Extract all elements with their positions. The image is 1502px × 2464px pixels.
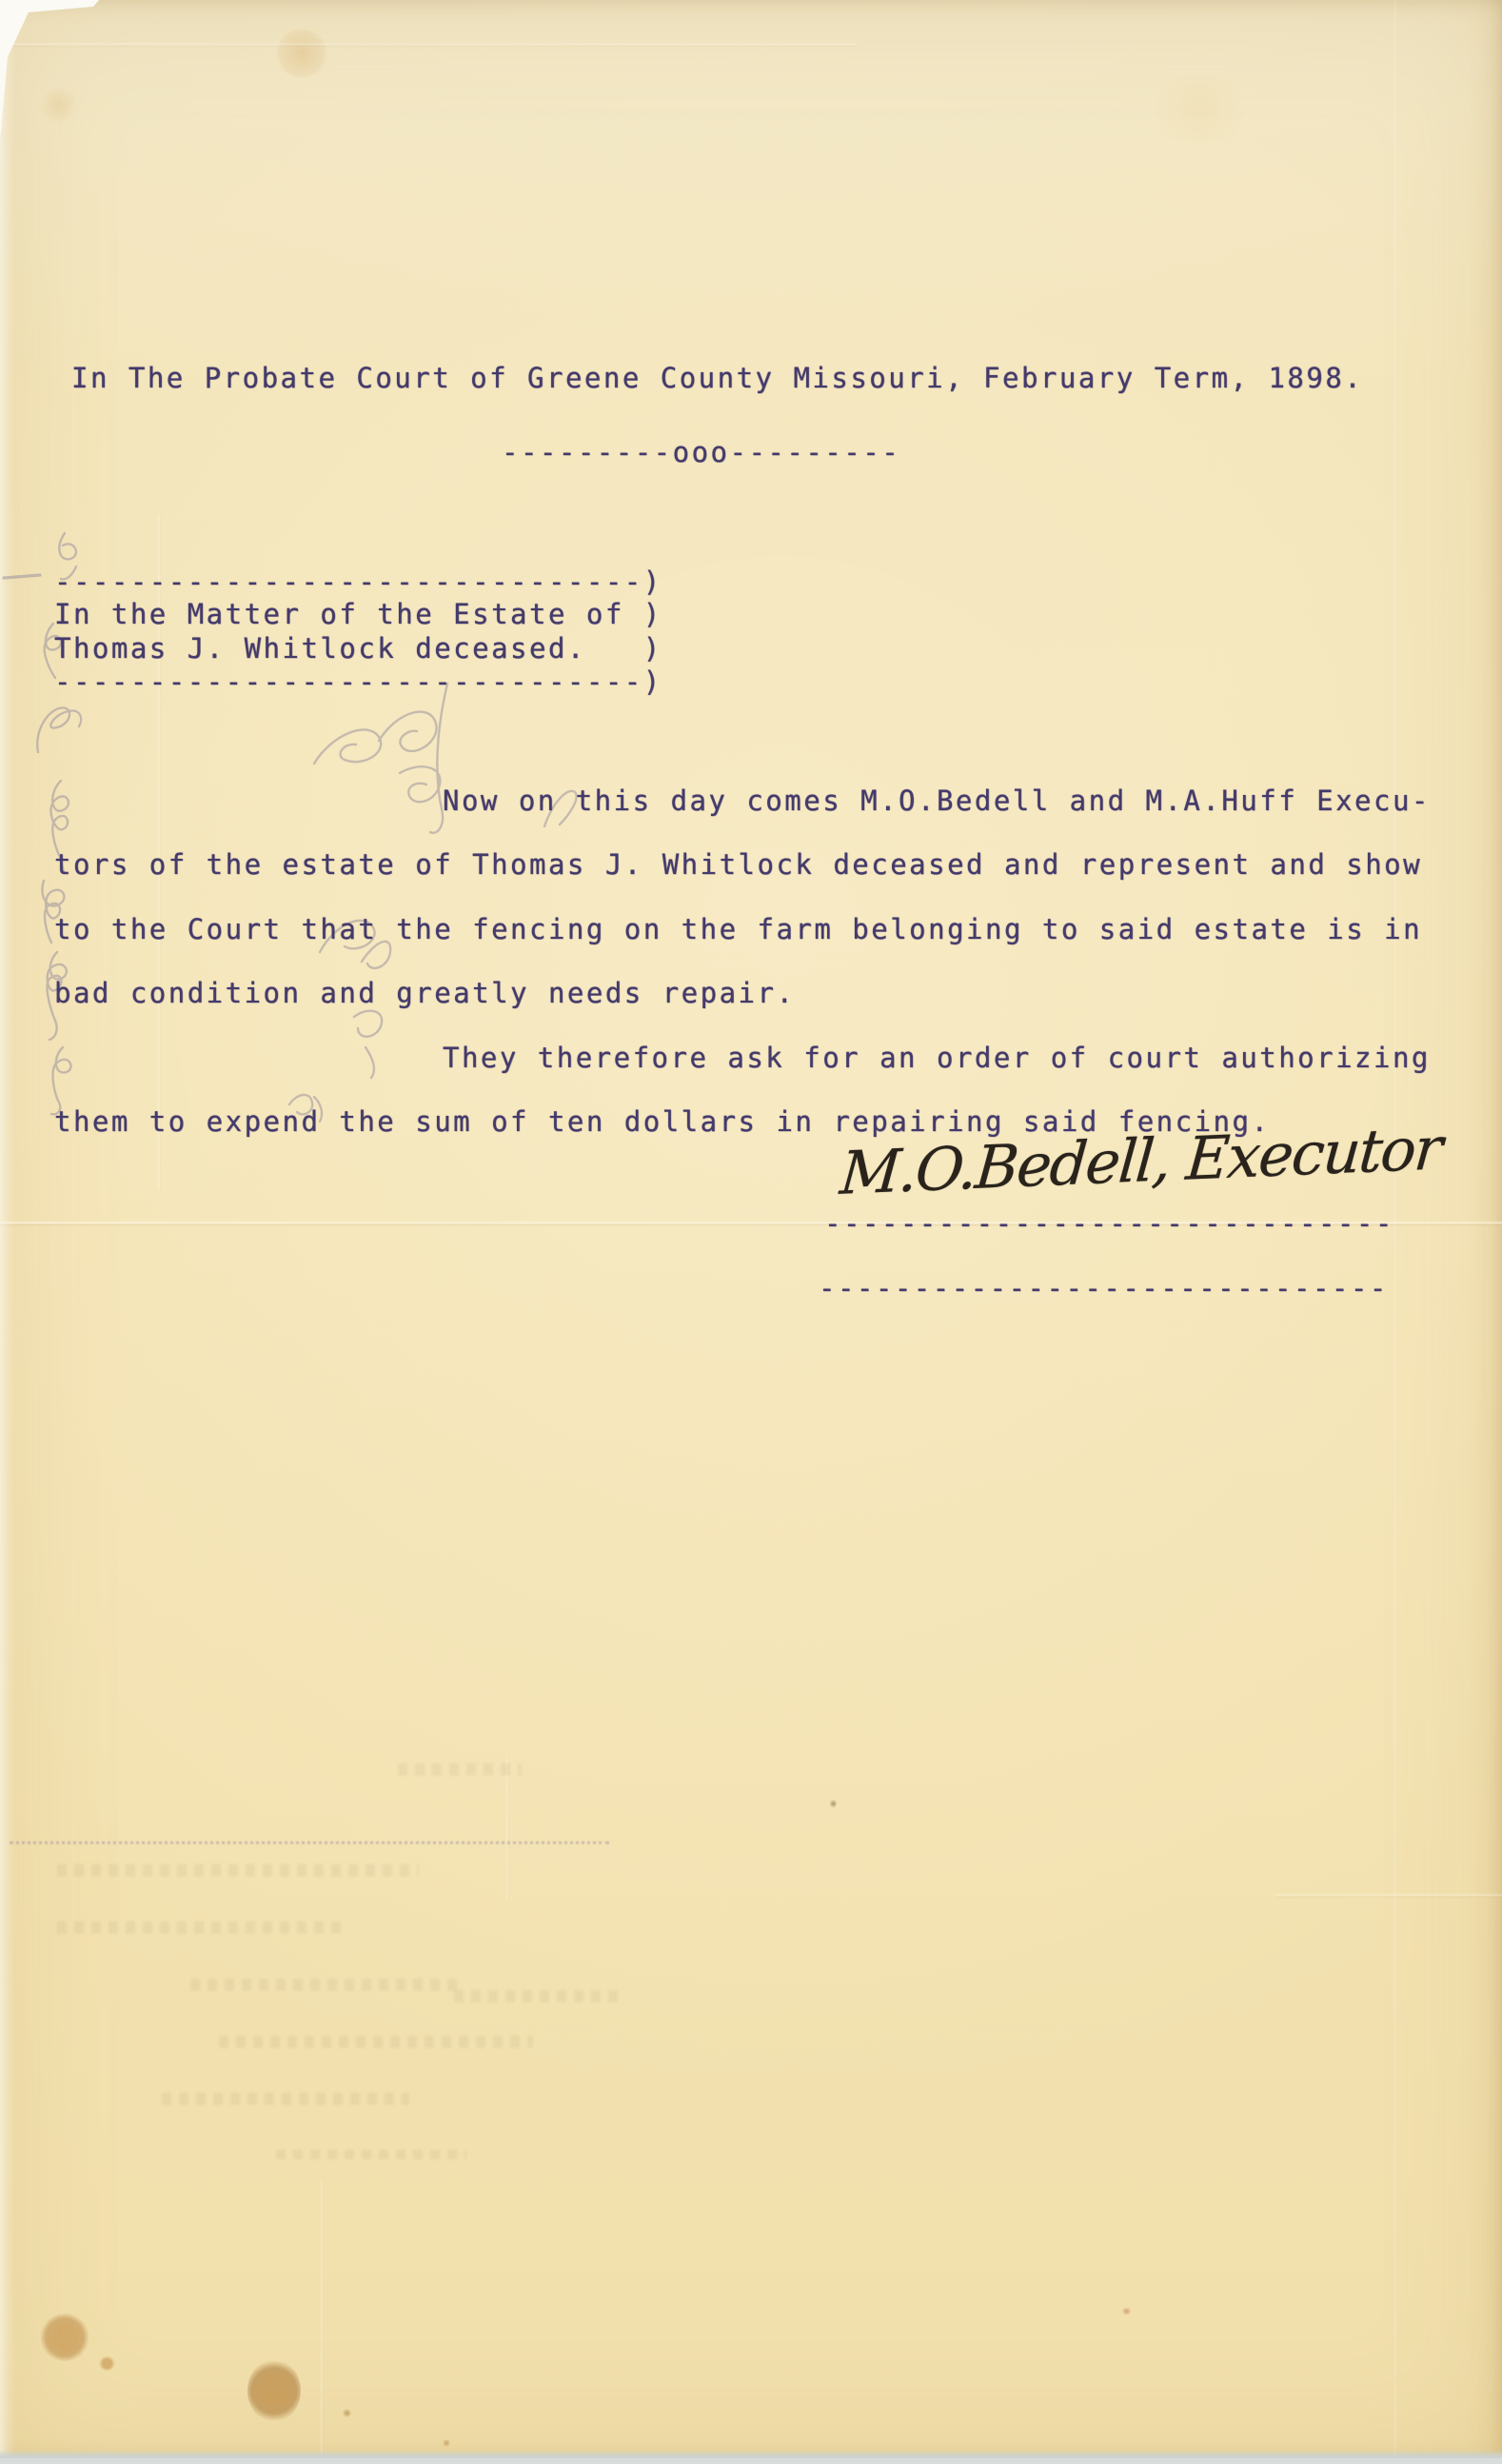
scanned-document: { "document": { "header": "In The Probat… [0,0,1502,2464]
petition-paragraph1-line4: bad condition and greatly needs repair. [54,977,795,1009]
bleed-through-row [162,2093,409,2105]
petition-paragraph1-line1: Now on this day comes M.O.Bedell and M.A… [443,785,1431,817]
caption-rule-bottom: -------------------------------) [54,666,662,698]
scanner-edge [0,2450,1502,2458]
signature-rule-1: ------------------------------ [824,1207,1394,1240]
caption-rule-top: -------------------------------) [54,566,662,598]
stain [343,2409,351,2417]
bleed-through-row [276,2150,466,2159]
page-corner [0,0,105,143]
caption-line-estate: In the Matter of the Estate of ) [54,598,662,630]
stain [830,1799,837,1808]
stain [40,2314,89,2361]
stain [99,2356,115,2371]
bleed-through-row [190,1978,457,1991]
bleed-through-row [219,2036,533,2048]
stain [1142,76,1256,143]
signature-rule-2: ------------------------------ [819,1272,1389,1304]
stain [443,2439,450,2447]
bleed-through-row [398,1763,522,1776]
page-edge-highlight [0,0,15,2458]
bleed-through-row [57,1864,419,1877]
paper-crease [320,2180,324,2458]
stain [38,88,80,124]
bleed-through-row [57,1921,343,1934]
paper-crease [505,1757,509,1899]
petition-paragraph1-line3: to the Court that the fencing on the far… [54,913,1422,945]
paper-crease [0,42,857,48]
petition-paragraph2-line1: They therefore ask for an order of court… [443,1042,1431,1074]
court-term-header: In The Probate Court of Greene County Mi… [71,362,1363,394]
petition-paragraph1-line2: tors of the estate of Thomas J. Whitlock… [54,848,1422,881]
document-page: In The Probate Court of Greene County Mi… [0,0,1502,2458]
stain [275,29,328,78]
bleed-through-rule [10,1841,609,1844]
bleed-through-row [454,1990,625,2002]
caption-line-decedent: Thomas J. Whitlock deceased. ) [54,632,662,665]
stain [247,2359,301,2422]
section-divider: ---------ooo--------- [502,436,900,468]
paper-crease [1275,1893,1502,1898]
stain [1121,2308,1132,2315]
